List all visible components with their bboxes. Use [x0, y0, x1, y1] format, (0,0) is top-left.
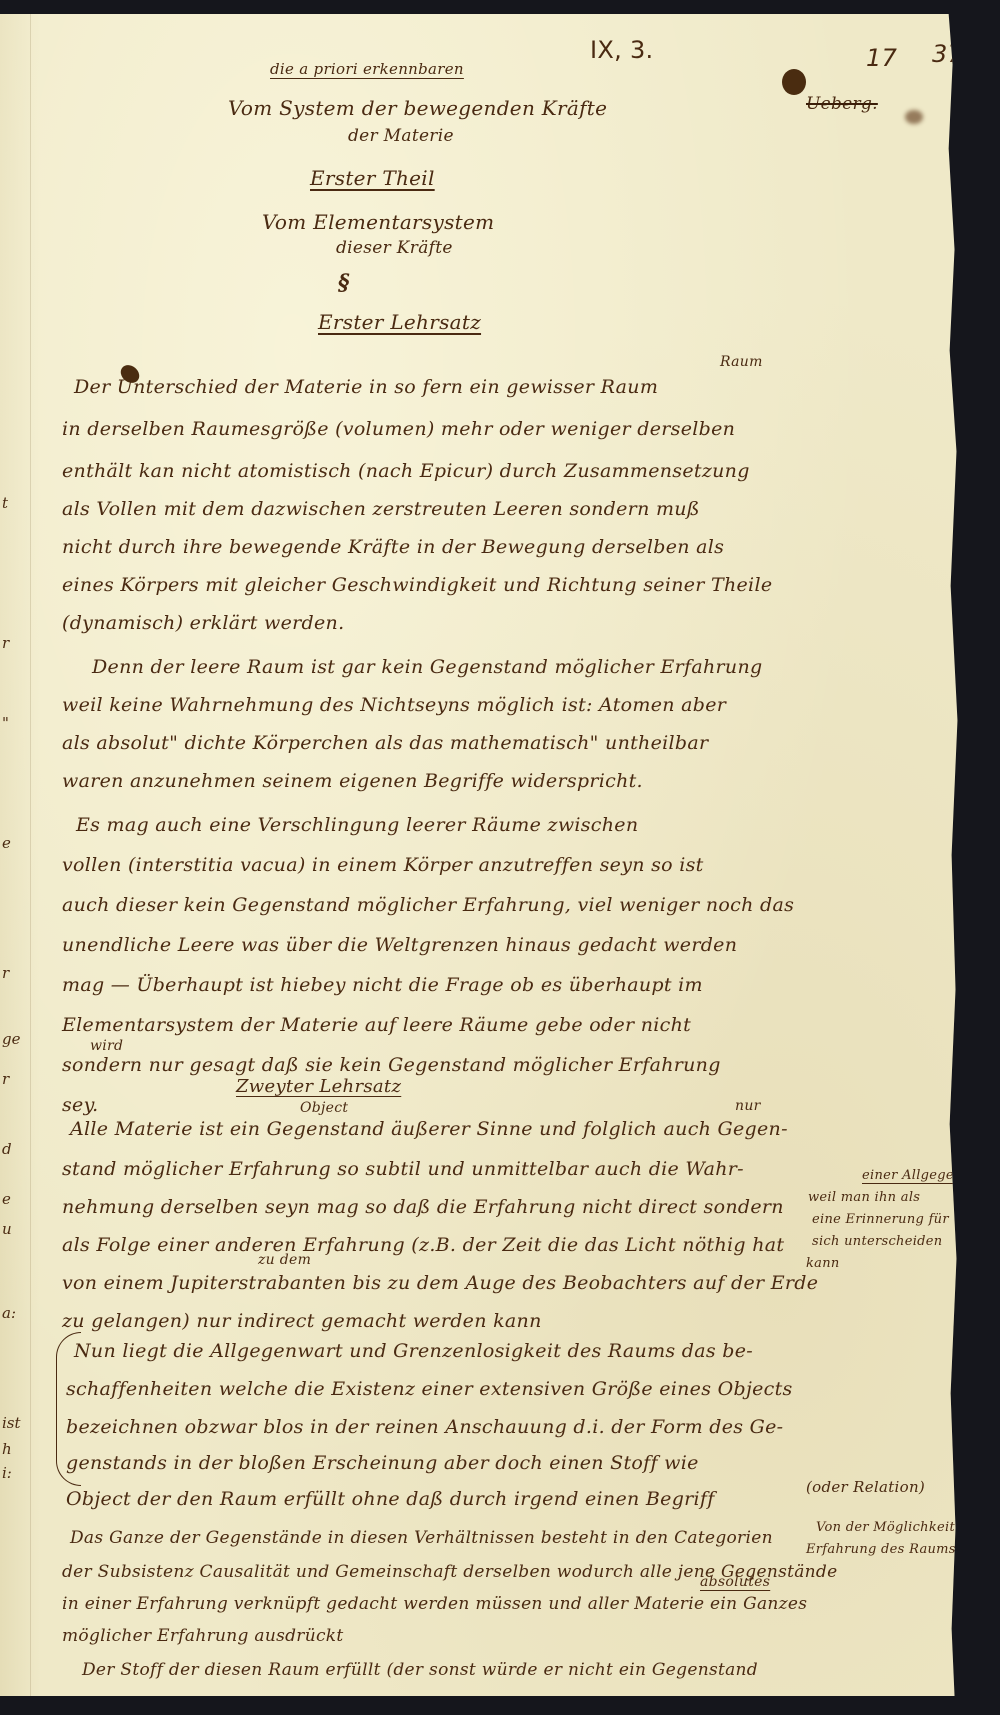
t2-line-3: nehmung derselben seyn mag so daß die Er… — [62, 1196, 784, 1218]
insertion-raum: Raum — [720, 354, 763, 370]
ink-stain — [905, 110, 923, 124]
p2-line-4: waren anzunehmen seinem eigenen Begriffe… — [62, 770, 643, 792]
p1-line-7: (dynamisch) erklärt werden. — [62, 612, 344, 634]
t2-line-1: Alle Materie ist ein Gegenstand äußerer … — [70, 1118, 788, 1140]
t2-line-2: stand möglicher Erfahrung so subtil und … — [62, 1158, 744, 1180]
edge-fragment: u — [2, 1220, 12, 1238]
p1-line-1: Der Unterschied der Materie in so fern e… — [74, 376, 658, 398]
margin-note-2: (oder Relation) — [806, 1478, 925, 1496]
edge-fragment: ist — [2, 1414, 21, 1432]
p1-line-4: als Vollen mit dem dazwischen zerstreute… — [62, 498, 700, 520]
insertion-nur: nur — [735, 1098, 761, 1114]
edge-fragment: ge — [2, 1030, 20, 1048]
deleted-word-top-right: Ueberg. — [806, 94, 878, 114]
p2-line-1: Denn der leere Raum ist gar kein Gegenst… — [92, 656, 762, 678]
edge-fragment: r — [2, 964, 9, 982]
edge-fragment: h — [2, 1440, 12, 1458]
manuscript-page: IX, 3. 17 37 Ueberg. die a priori erkenn… — [0, 14, 978, 1696]
t2-line-14: in einer Erfahrung verknüpft gedacht wer… — [62, 1594, 807, 1614]
p3-line-7: sondern nur gesagt daß sie kein Gegensta… — [62, 1054, 721, 1076]
ink-blot — [782, 69, 806, 95]
p2-line-3: als absolut" dichte Körperchen als das m… — [62, 732, 708, 754]
p3-line-8: sey. — [62, 1094, 98, 1116]
t2-line-16: Der Stoff der diesen Raum erfüllt (der s… — [82, 1660, 758, 1680]
p3-line-2: vollen (interstitia vacua) in einem Körp… — [62, 854, 704, 876]
t2-line-15: möglicher Erfahrung ausdrückt — [62, 1626, 344, 1646]
edge-fragment: t — [2, 494, 8, 512]
margin-note-3-line-1: Von der Möglichkeit der — [816, 1520, 983, 1535]
part-heading: Erster Theil — [310, 166, 435, 190]
t2-line-5: von einem Jupiterstrabanten bis zu dem A… — [62, 1272, 818, 1294]
t2-line-12: Das Ganze der Gegenstände in diesen Verh… — [70, 1528, 773, 1548]
edge-fragment: r — [2, 1070, 9, 1088]
folio-number-b: 37 — [932, 40, 963, 68]
subtitle-line-1: Vom Elementarsystem — [262, 210, 494, 234]
p3-line-1: Es mag auch eine Verschlingung leerer Rä… — [76, 814, 638, 836]
folio-number-a: 17 — [866, 44, 897, 72]
insertion-absolutes: absolutes — [700, 1574, 770, 1590]
edge-fragment: e — [2, 1190, 11, 1208]
margin-note-1-line-1: einer Allgegenwart — [862, 1168, 994, 1183]
t2-line-9: bezeichnen obzwar blos in der reinen Ans… — [66, 1416, 783, 1438]
margin-note-1-line-4: sich unterscheiden — [812, 1234, 942, 1249]
insertion-zu-dem: zu dem — [258, 1252, 311, 1268]
t2-line-11: Object der den Raum erfüllt ohne daß dur… — [66, 1488, 715, 1510]
p3-line-6: Elementarsystem der Materie auf leere Rä… — [62, 1014, 691, 1036]
theorem-1-heading: Erster Lehrsatz — [318, 310, 481, 334]
margin-note-3-line-2: Erfahrung des Raums — [806, 1542, 956, 1557]
t2-line-6: zu gelangen) nur indirect gemacht werden… — [62, 1310, 542, 1332]
p1-line-6: eines Körpers mit gleicher Geschwindigke… — [62, 574, 772, 596]
edge-fragment: r — [2, 634, 9, 652]
theorem-2-heading: Zweyter Lehrsatz — [236, 1076, 401, 1097]
p1-line-2: in derselben Raumesgröße (volumen) mehr … — [62, 418, 735, 440]
title-insertion: die a priori erkennbaren — [270, 60, 464, 78]
title-line-1: Vom System der bewegenden Kräfte — [228, 96, 607, 120]
edge-fragment: d — [2, 1140, 12, 1158]
t2-line-7: Nun liegt die Allgegenwart und Grenzenlo… — [74, 1340, 753, 1362]
p3-line-4: unendliche Leere was über die Weltgrenze… — [62, 934, 737, 956]
t2-line-4: als Folge einer anderen Erfahrung (z.B. … — [62, 1234, 784, 1256]
edge-fragment: i: — [2, 1464, 12, 1482]
margin-note-1-line-2: weil man ihn als — [808, 1190, 920, 1205]
subtitle-line-2: dieser Kräfte — [336, 238, 453, 258]
edge-fragment: " — [2, 714, 9, 732]
fold-line — [30, 14, 31, 1696]
margin-note-1-line-3: eine Erinnerung für — [812, 1212, 949, 1227]
section-symbol: § — [338, 270, 350, 296]
archive-signature: IX, 3. — [590, 36, 653, 64]
edge-fragment: a: — [2, 1304, 16, 1322]
p1-line-5: nicht durch ihre bewegende Kräfte in der… — [62, 536, 724, 558]
t2-line-8: schaffenheiten welche die Existenz einer… — [66, 1378, 793, 1400]
t2-line-10: genstands in der bloßen Erscheinung aber… — [66, 1452, 699, 1474]
margin-note-1-line-5: kann — [806, 1256, 840, 1271]
title-line-2: der Materie — [348, 126, 454, 146]
insertion-wird: wird — [90, 1038, 123, 1054]
p2-line-2: weil keine Wahrnehmung des Nichtseyns mö… — [62, 694, 726, 716]
p3-line-5: mag — Überhaupt ist hiebey nicht die Fra… — [62, 974, 703, 996]
p1-line-3: enthält kan nicht atomistisch (nach Epic… — [62, 460, 750, 482]
insertion-object: Object — [300, 1100, 348, 1116]
p3-line-3: auch dieser kein Gegenstand möglicher Er… — [62, 894, 794, 916]
edge-fragment: e — [2, 834, 11, 852]
